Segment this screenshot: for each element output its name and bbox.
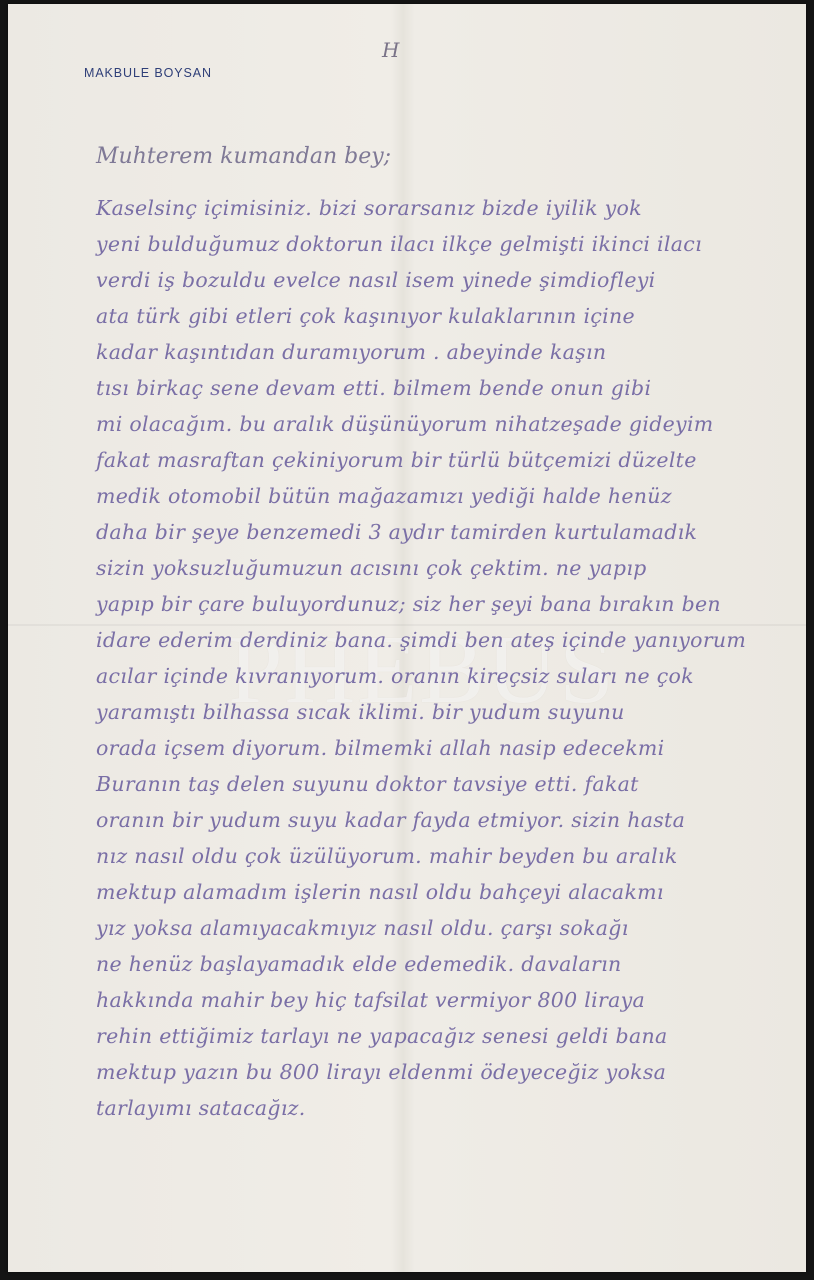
handwritten-line: idare ederim derdiniz bana. şimdi ben at…	[96, 628, 746, 652]
handwritten-line: oranın bir yudum suyu kadar fayda etmiyo…	[96, 808, 685, 832]
salutation: Muhterem kumandan bey;	[96, 144, 391, 169]
handwritten-line: yapıp bir çare buluyordunuz; siz her şey…	[96, 592, 721, 616]
handwritten-line: mektup alamadım işlerin nasıl oldu bahçe…	[96, 880, 664, 904]
handwritten-line: orada içsem diyorum. bilmemki allah nasi…	[96, 736, 665, 760]
handwritten-line: tarlayımı satacağız.	[96, 1096, 306, 1120]
handwritten-line: mi olacağım. bu aralık düşünüyorum nihat…	[96, 412, 714, 436]
handwritten-line: Buranın taş delen suyunu doktor tavsiye …	[96, 772, 639, 796]
page-mark: H	[382, 38, 399, 62]
handwritten-line: yaramıştı bilhassa sıcak iklimi. bir yud…	[96, 700, 625, 724]
handwritten-line: acılar içinde kıvranıyorum. oranın kireç…	[96, 664, 694, 688]
handwritten-line: mektup yazın bu 800 lirayı eldenmi ödeye…	[96, 1060, 666, 1084]
handwritten-line: ata türk gibi etleri çok kaşınıyor kulak…	[96, 304, 635, 328]
handwritten-line: tısı birkaç sene devam etti. bilmem bend…	[96, 376, 651, 400]
handwritten-line: rehin ettiğimiz tarlayı ne yapacağız sen…	[96, 1024, 668, 1048]
letter-page: H MAKBULE BOYSAN PHEBUS Muhterem kumanda…	[8, 4, 806, 1272]
letterhead: MAKBULE BOYSAN	[84, 66, 212, 80]
paper-fold	[8, 624, 806, 626]
handwritten-line: nız nasıl oldu çok üzülüyorum. mahir bey…	[96, 844, 678, 868]
handwritten-line: yız yoksa alamıyacakmıyız nasıl oldu. ça…	[96, 916, 629, 940]
handwritten-line: kadar kaşıntıdan duramıyorum . abeyinde …	[96, 340, 606, 364]
handwritten-line: verdi iş bozuldu evelce nasıl isem yined…	[96, 268, 656, 292]
handwritten-line: fakat masraftan çekiniyorum bir türlü bü…	[96, 448, 697, 472]
handwritten-line: ne henüz başlayamadık elde edemedik. dav…	[96, 952, 621, 976]
handwritten-line: hakkında mahir bey hiç tafsilat vermiyor…	[96, 988, 645, 1012]
handwritten-line: Kaselsinç içimisiniz. bizi sorarsanız bi…	[96, 196, 642, 220]
handwritten-line: medik otomobil bütün mağazamızı yediği h…	[96, 484, 672, 508]
handwritten-line: yeni bulduğumuz doktorun ilacı ilkçe gel…	[96, 232, 702, 256]
handwritten-line: daha bir şeye benzemedi 3 aydır tamirden…	[96, 520, 697, 544]
handwritten-line: sizin yoksuzluğumuzun acısını çok çektim…	[96, 556, 647, 580]
